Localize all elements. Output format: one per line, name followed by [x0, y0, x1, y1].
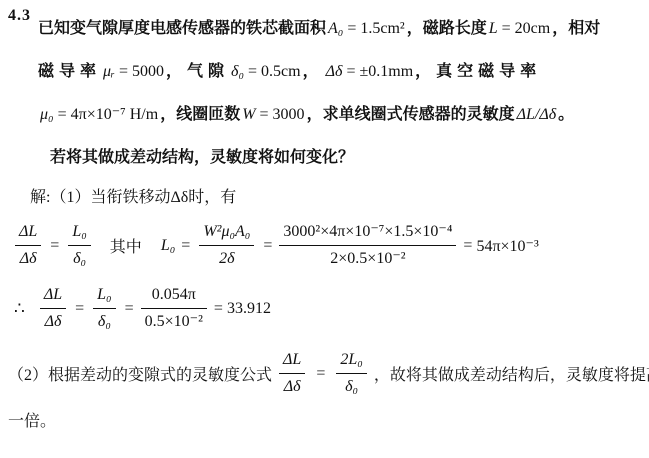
fraction-numerator: L₀ — [93, 283, 115, 309]
equals-sign: = — [50, 237, 59, 255]
problem-line-4: 若将其做成差动结构，灵敏度将如何变化？ — [50, 136, 645, 179]
formula-1: ΔL Δδ = L₀ δ₀ 其中 L₀ = W²μ₀A₀ 2δ = 3000²×… — [10, 220, 645, 271]
fraction-denominator: 2×0.5×10⁻² — [279, 246, 456, 271]
text-run: 若将其做成差动结构，灵敏度将如何变化？ — [50, 149, 354, 166]
math-variable: L — [489, 20, 498, 37]
math-value: = 0.5cm — [248, 63, 301, 80]
math-variable: ΔL/Δδ — [517, 106, 557, 123]
equals-sign: = — [463, 237, 472, 255]
fraction-numerator: W²μ₀A₀ — [199, 220, 254, 246]
text-run: ，线圈匝数 — [160, 106, 240, 123]
equals-sign: = — [214, 300, 223, 318]
math-value: = 1.5cm² — [347, 20, 404, 37]
therefore-symbol: ∴ — [14, 299, 25, 319]
math-variable: L₀ — [161, 237, 175, 255]
math-variable: A₀ — [328, 20, 343, 37]
text-run: （2）根据差动的变隙式的灵敏度公式 — [8, 362, 272, 385]
text-run: ，故将其做成差动结构后，灵敏度将提高 — [374, 362, 649, 385]
text-run: ，磁路长度 — [407, 20, 487, 37]
math-value: = 5000 — [119, 63, 164, 80]
where-label: 其中 — [110, 234, 142, 257]
fraction-numerator: ΔL — [279, 348, 305, 374]
equals-sign: = — [316, 365, 325, 383]
fraction-denominator: 2δ — [199, 246, 254, 271]
part2-last-line: 一倍。 — [8, 409, 645, 435]
fraction-denominator: Δδ — [15, 246, 41, 271]
fraction-sensitivity: ΔL Δδ — [277, 348, 307, 399]
math-variable: μ₀ — [40, 106, 54, 123]
fraction-numerator: ΔL — [40, 283, 66, 309]
fraction-numeric: 3000²×4π×10⁻⁷×1.5×10⁻⁴ 2×0.5×10⁻² — [279, 220, 456, 271]
problem-line-3: μ₀= 4π×10⁻⁷ H/m，线圈匝数W= 3000，求单线圈式传感器的灵敏度… — [38, 93, 645, 136]
formula-result: 54π×10⁻³ — [476, 236, 538, 256]
math-variable: δ₀ — [231, 63, 244, 80]
text-run: ，相对 — [552, 20, 600, 37]
fraction-L0-delta0: L₀ δ₀ — [66, 220, 92, 271]
text-run: ，气隙 — [166, 63, 229, 80]
problem-number: 4.3 — [8, 7, 31, 25]
fraction-sensitivity: ΔL Δδ — [13, 220, 43, 271]
fraction-numeric: 0.054π 0.5×10⁻² — [141, 283, 207, 334]
text-run: ，真空磁导率 — [415, 63, 541, 80]
math-variable: W — [242, 106, 255, 123]
fraction-sensitivity: ΔL Δδ — [38, 283, 68, 334]
fraction-denominator: δ₀ — [68, 246, 90, 271]
fraction-numerator: ΔL — [15, 220, 41, 246]
document-page: 4.3 已知变气隙厚度电感传感器的铁芯截面积A₀= 1.5cm²，磁路长度L= … — [0, 0, 649, 458]
text-run: ， — [303, 63, 324, 80]
fraction-denominator: Δδ — [40, 309, 66, 334]
fraction-differential: 2L₀ δ₀ — [334, 348, 368, 399]
part2-paragraph: （2）根据差动的变隙式的灵敏度公式 ΔL Δδ = 2L₀ δ₀ ，故将其做成差… — [8, 348, 645, 399]
equals-sign: = — [75, 300, 84, 318]
equals-sign: = — [181, 237, 190, 255]
fraction-denominator: Δδ — [279, 374, 305, 399]
text-run: 一倍。 — [8, 413, 56, 430]
math-value: = 20cm — [502, 20, 551, 37]
fraction-L0-expression: W²μ₀A₀ 2δ — [197, 220, 256, 271]
fraction-L0-delta0: L₀ δ₀ — [91, 283, 117, 334]
text-run: 磁导率 — [38, 63, 101, 80]
text-run: 解:（1）当衔铁移动Δδ时，有 — [30, 189, 236, 206]
formula-2: ∴ ΔL Δδ = L₀ δ₀ = 0.054π 0.5×10⁻² = 33.9… — [14, 283, 645, 334]
text-run: ，求单线圈式传感器的灵敏度 — [307, 106, 515, 123]
fraction-numerator: 2L₀ — [336, 348, 366, 374]
text-run: 。 — [558, 106, 574, 123]
fraction-denominator: δ₀ — [336, 374, 366, 399]
math-variable: μᵣ — [103, 63, 115, 80]
math-value: = 4π×10⁻⁷ H/m — [58, 106, 159, 123]
fraction-numerator: 3000²×4π×10⁻⁷×1.5×10⁻⁴ — [279, 220, 456, 246]
fraction-denominator: 0.5×10⁻² — [141, 309, 207, 334]
fraction-denominator: δ₀ — [93, 309, 115, 334]
text-run: 已知变气隙厚度电感传感器的铁芯截面积 — [38, 20, 326, 37]
formula-result: 33.912 — [227, 300, 271, 318]
fraction-numerator: L₀ — [68, 220, 90, 246]
math-variable: Δδ — [326, 63, 343, 80]
equals-sign: = — [125, 300, 134, 318]
math-value: = 3000 — [260, 106, 305, 123]
solution-intro: 解:（1）当衔铁移动Δδ时，有 — [30, 185, 645, 211]
problem-line-1: 已知变气隙厚度电感传感器的铁芯截面积A₀= 1.5cm²，磁路长度L= 20cm… — [38, 7, 645, 50]
problem-statement: 4.3 已知变气隙厚度电感传感器的铁芯截面积A₀= 1.5cm²，磁路长度L= … — [8, 7, 645, 179]
fraction-numerator: 0.054π — [141, 283, 207, 309]
equals-sign: = — [263, 237, 272, 255]
problem-line-2: 磁导率μᵣ= 5000，气隙δ₀= 0.5cm，Δδ= ±0.1mm，真空磁导率 — [38, 50, 645, 93]
math-value: = ±0.1mm — [346, 63, 413, 80]
